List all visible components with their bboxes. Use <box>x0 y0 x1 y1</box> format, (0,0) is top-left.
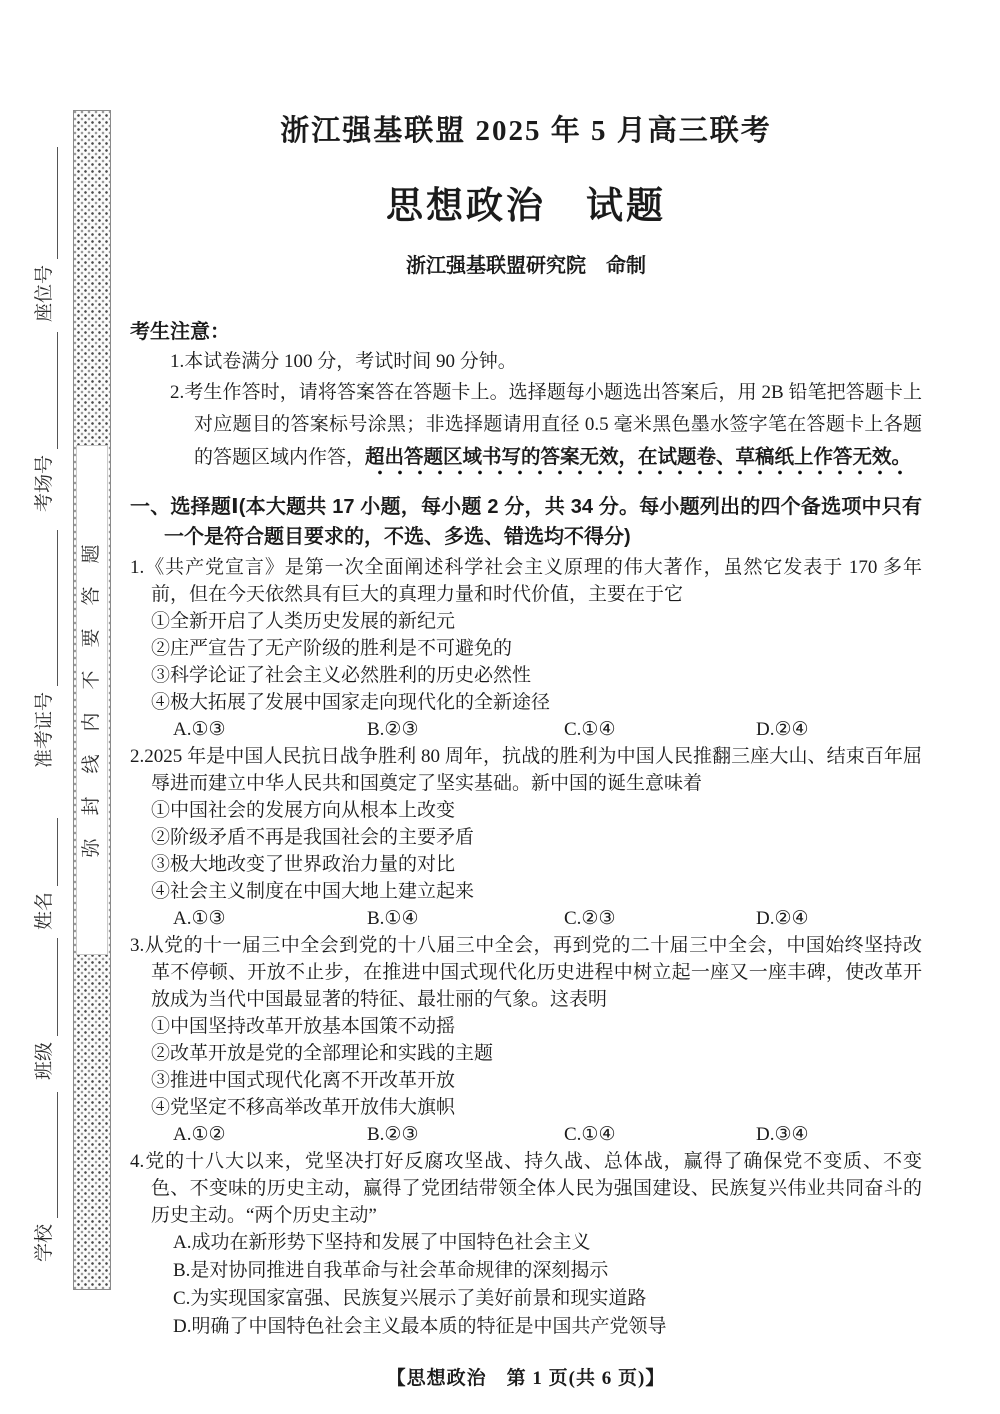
question-4: 4.党的十八大以来，党坚决打好反腐攻坚战、持久战、总体战，赢得了确保党不变质、不… <box>130 1148 922 1341</box>
question-1-stem: 1.《共产党宣言》是第一次全面阐述科学社会主义原理的伟大著作，虽然它发表于 17… <box>151 554 922 608</box>
name-blank-line <box>37 818 58 886</box>
question-3-item-2: ②改革开放是党的全部理论和实践的主题 <box>151 1040 922 1067</box>
question-3-option-d: D.③④ <box>756 1121 809 1148</box>
question-2-option-d: D.②④ <box>756 905 809 932</box>
question-1-item-3: ③科学论证了社会主义必然胜利的历史必然性 <box>151 662 922 689</box>
question-3-item-1: ①中国坚持改革开放基本国策不动摇 <box>151 1013 922 1040</box>
admission-ticket-number-label: 准考证号 <box>32 692 58 768</box>
notice-item-2: 2.考生作答时，请将答案答在答题卡上。选择题每小题选出答案后，用 2B 铅笔把答… <box>194 377 922 474</box>
sidebar-label-exam-room-number: 考场号 <box>32 332 58 512</box>
class-label: 班级 <box>32 1042 58 1080</box>
content-column: 浙江强基联盟 2025 年 5 月高三联考 思想政治 试题 浙江强基联盟研究院 … <box>130 104 922 1390</box>
question-2-item-2: ②阶级矛盾不再是我国社会的主要矛盾 <box>151 824 922 851</box>
question-1-options: A.①③ B.②③ C.①④ D.②④ <box>173 716 922 743</box>
question-4-option-b: B.是对协同推进自我革命与社会革命规律的深刻揭示 <box>173 1257 922 1285</box>
sidebar-label-admission-ticket-number: 准考证号 <box>32 530 58 768</box>
question-2-option-a: A.①③ <box>173 905 367 932</box>
sidebar-label-class: 班级 <box>32 938 58 1080</box>
question-1-item-4: ④极大拓展了发展中国家走向现代化的全新途径 <box>151 689 922 716</box>
school-label: 学校 <box>32 1224 58 1262</box>
question-3-stem: 3.从党的十一届三中全会到党的十八届三中全会，再到党的二十届三中全会，中国始终坚… <box>151 932 922 1013</box>
question-1-item-2: ②庄严宣告了无产阶级的胜利是不可避免的 <box>151 635 922 662</box>
exam-title: 浙江强基联盟 2025 年 5 月高三联考 <box>130 108 922 149</box>
question-2-option-c: C.②③ <box>564 905 756 932</box>
question-3-item-3: ③推进中国式现代化离不开改革开放 <box>151 1067 922 1094</box>
question-3-option-c: C.①④ <box>564 1121 756 1148</box>
sidebar-label-name: 姓名 <box>32 818 58 930</box>
question-1-item-1: ①全新开启了人类历史发展的新纪元 <box>151 608 922 635</box>
question-2-options: A.①③ B.①④ C.②③ D.②④ <box>173 905 922 932</box>
seat-number-blank-line <box>37 147 58 259</box>
question-4-stem: 4.党的十八大以来，党坚决打好反腐攻坚战、持久战、总体战，赢得了确保党不变质、不… <box>151 1148 922 1229</box>
seat-number-label: 座位号 <box>32 265 58 322</box>
question-2-item-1: ①中国社会的发展方向从根本上改变 <box>151 797 922 824</box>
question-2-option-b: B.①④ <box>367 905 564 932</box>
question-3-item-4: ④党坚定不移高举改革开放伟大旗帜 <box>151 1094 922 1121</box>
school-blank-line <box>37 1092 58 1218</box>
question-1-option-b: B.②③ <box>367 716 564 743</box>
question-2-stem: 2.2025 年是中国人民抗日战争胜利 80 周年，抗战的胜利为中国人民推翻三座… <box>151 743 922 797</box>
section-1-heading: 一、选择题Ⅰ(本大题共 17 小题，每小题 2 分，共 34 分。每小题列出的四… <box>164 492 922 552</box>
question-3-option-b: B.②③ <box>367 1121 564 1148</box>
question-2: 2.2025 年是中国人民抗日战争胜利 80 周年，抗战的胜利为中国人民推翻三座… <box>130 743 922 932</box>
question-1-option-a: A.①③ <box>173 716 367 743</box>
sidebar-label-seat-number: 座位号 <box>32 147 58 322</box>
question-4-option-c: C.为实现国家富强、民族复兴展示了美好前景和现实道路 <box>173 1285 922 1313</box>
name-label: 姓名 <box>32 892 58 930</box>
exam-room-number-label: 考场号 <box>32 455 58 512</box>
question-4-option-a: A.成功在新形势下坚持和发展了中国特色社会主义 <box>173 1229 922 1257</box>
question-3-option-a: A.①② <box>173 1121 367 1148</box>
question-1: 1.《共产党宣言》是第一次全面阐述科学社会主义原理的伟大著作，虽然它发表于 17… <box>130 554 922 743</box>
candidate-notice: 考生注意： 1.本试卷满分 100 分，考试时间 90 分钟。 2.考生作答时，… <box>130 318 922 474</box>
subject-title: 思想政治 试题 <box>130 175 922 229</box>
question-2-item-3: ③极大地改变了世界政治力量的对比 <box>151 851 922 878</box>
seal-line-text-box: 弥 封 线 内 不 要 答 题 <box>76 445 108 955</box>
seal-line-text: 弥 封 线 内 不 要 答 题 <box>77 446 107 954</box>
page-footer: 【思想政治 第 1 页(共 6 页)】 <box>130 1363 922 1390</box>
question-2-item-4: ④社会主义制度在中国大地上建立起来 <box>151 878 922 905</box>
question-1-option-d: D.②④ <box>756 716 809 743</box>
notice-item-2-emphasis: 超出答题区域书写的答案无效，在试题卷、草稿纸上作答无效。 <box>365 446 911 475</box>
class-blank-line <box>37 938 58 1036</box>
question-3: 3.从党的十一届三中全会到党的十八届三中全会，再到党的二十届三中全会，中国始终坚… <box>130 932 922 1148</box>
question-3-options: A.①② B.②③ C.①④ D.③④ <box>173 1121 922 1148</box>
exam-room-number-blank-line <box>37 332 58 449</box>
question-1-option-c: C.①④ <box>564 716 756 743</box>
notice-heading: 考生注意： <box>130 318 922 346</box>
notice-item-1: 1.本试卷满分 100 分，考试时间 90 分钟。 <box>170 346 922 377</box>
admission-ticket-number-blank-line <box>37 530 58 686</box>
question-4-option-d: D.明确了中国特色社会主义最本质的特征是中国共产党领导 <box>173 1313 922 1341</box>
exam-paper-page: { "header": { "title_line1": "浙江强基联盟 202… <box>0 0 1000 1414</box>
exam-credit-line: 浙江强基联盟研究院 命制 <box>130 249 922 278</box>
sidebar-label-school: 学校 <box>32 1092 58 1262</box>
